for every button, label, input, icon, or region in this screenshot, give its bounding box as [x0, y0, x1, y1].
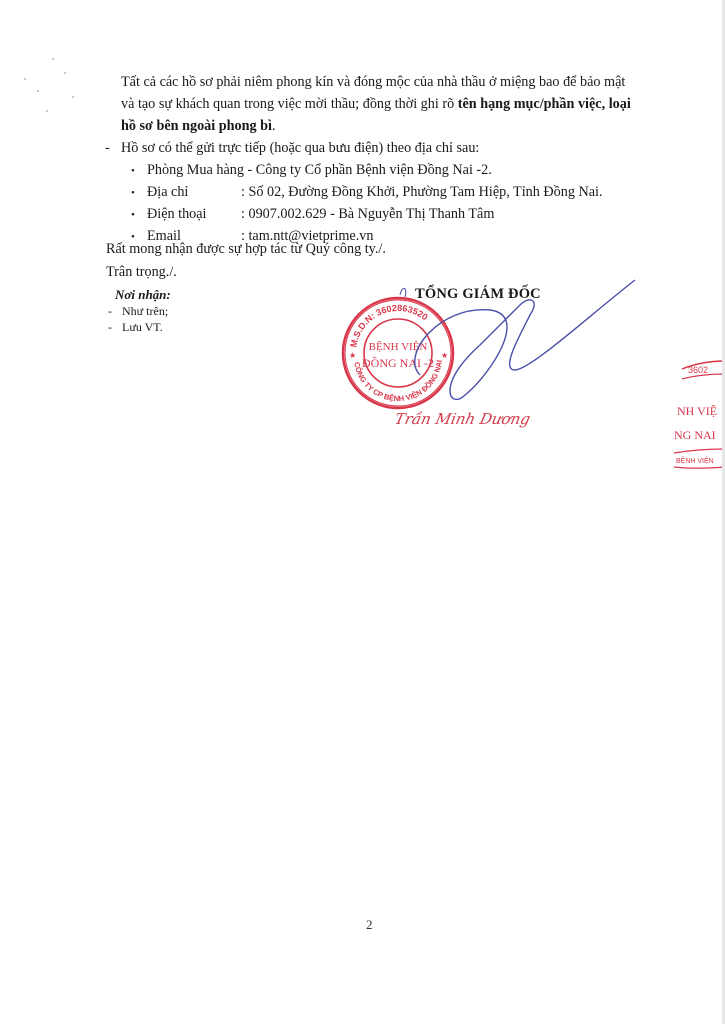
- recipient-text: Như trên;: [122, 304, 168, 318]
- svg-text:★: ★: [349, 351, 356, 360]
- paragraph-line: Tất cả các hồ sơ phải niêm phong kín và …: [121, 73, 625, 91]
- paragraph-line: và tạo sự khách quan trong việc mời thầu…: [121, 95, 631, 113]
- submission-intro: -Hồ sơ có thể gửi trực tiếp (hoặc qua bư…: [105, 139, 479, 157]
- list-item-label: Địa chỉ: [147, 183, 241, 201]
- list-item: •Địa chỉ: Số 02, Đường Đồng Khởi, Phường…: [131, 183, 603, 202]
- handwritten-signature: [380, 275, 640, 415]
- paragraph-bold-text: hồ sơ bên ngoài phong bì: [121, 118, 272, 134]
- bullet-icon: •: [131, 162, 147, 180]
- recipient-text: Lưu VT.: [122, 320, 163, 334]
- list-item: •Điện thoại: 0907.002.629 - Bà Nguyễn Th…: [131, 205, 494, 224]
- edge-stamp-fragment: 3602 NH VIỆ NG NAI BỆNH VIỆN: [672, 355, 725, 475]
- list-item-value: : Số 02, Đường Đồng Khởi, Phường Tam Hiệ…: [241, 184, 603, 200]
- list-item-value: : 0907.002.629 - Bà Nguyễn Thị Thanh Tâm: [241, 206, 494, 222]
- closing-line: Rất mong nhận được sự hợp tác từ Quý côn…: [106, 240, 386, 258]
- closing-regards: Trân trọng./.: [106, 263, 177, 281]
- svg-text:NG NAI: NG NAI: [674, 428, 716, 442]
- dash-marker: -: [105, 139, 121, 157]
- list-item: •Phòng Mua hàng - Công ty Cổ phần Bệnh v…: [131, 161, 492, 180]
- submission-intro-text: Hồ sơ có thể gửi trực tiếp (hoặc qua bưu…: [121, 140, 479, 156]
- scan-artifacts: [10, 50, 90, 120]
- document-page: Tất cả các hồ sơ phải niêm phong kín và …: [0, 0, 725, 1024]
- svg-text:NH VIỆ: NH VIỆ: [677, 404, 717, 418]
- list-item-label: Điện thoại: [147, 205, 241, 223]
- paragraph-line: hồ sơ bên ngoài phong bì.: [121, 117, 276, 135]
- svg-text:BỆNH VIỆN: BỆNH VIỆN: [676, 456, 714, 465]
- paragraph-bold-text: tên hạng mục/phần việc, loại: [458, 96, 631, 112]
- paragraph-text: và tạo sự khách quan trong việc mời thầu…: [121, 96, 458, 112]
- svg-text:3602: 3602: [688, 365, 708, 375]
- recipient-item: -Lưu VT.: [108, 318, 163, 336]
- bullet-icon: •: [131, 206, 147, 224]
- page-number: 2: [366, 917, 373, 933]
- signatory-name: Trần Minh Dương: [393, 410, 532, 428]
- list-item-label: Phòng Mua hàng - Công ty Cổ phần Bệnh vi…: [147, 162, 492, 178]
- paragraph-text: .: [272, 118, 276, 134]
- bullet-icon: •: [131, 184, 147, 202]
